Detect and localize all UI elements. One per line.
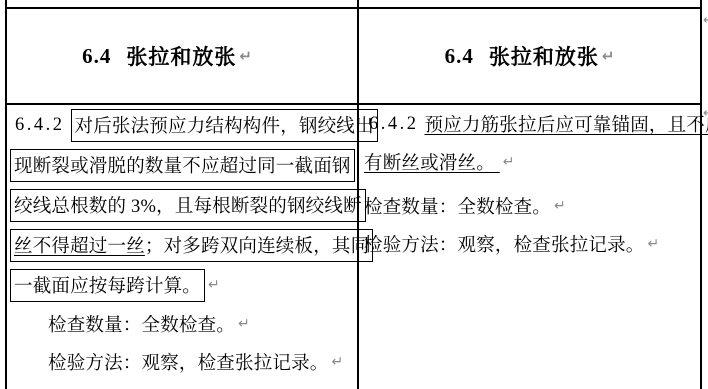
- section-number: 6.4: [82, 44, 111, 69]
- text-line: 检验方法：观察，检查张拉记录。↵: [10, 343, 357, 381]
- comparison-table: 6.4 张拉和放张 ↵ 6.4 张拉和放张 ↵ 6.4.2对后张法预应力结构构件…: [5, 0, 702, 389]
- inspection-notes: 检查数量：全数检查。↵检验方法：观察，检查张拉记录。↵: [10, 305, 357, 381]
- paragraph-mark: ↵: [332, 354, 344, 370]
- text-line: 有断丝或滑丝。 ↵: [364, 143, 708, 181]
- text-line: 丝不得超过一丝；对多跨双向连续板，其同: [10, 225, 357, 265]
- text-line: 检查数量：全数检查。↵: [364, 187, 708, 225]
- clause-right-cell[interactable]: 6.4.2预应力筋张拉后应可靠锚固，且不应有断丝或滑丝。 ↵ 检查数量：全数检查…: [359, 105, 708, 389]
- paragraph-mark: ↵: [648, 236, 660, 252]
- paragraph-mark: ↵: [238, 316, 250, 332]
- previous-row-left-cell: [7, 0, 359, 7]
- clause-number: 6.4.2: [369, 114, 419, 135]
- previous-row-remnant: [7, 0, 700, 9]
- text-segment: 绞线总根数的 3%，且每根断裂的钢绞线断: [14, 197, 362, 217]
- paragraph-mark: ↵: [503, 154, 515, 170]
- section-title: 张拉和放张: [489, 41, 599, 71]
- underlined-text: 丝不得超过一丝: [14, 237, 145, 257]
- clause-number: 6.4.2: [15, 115, 65, 136]
- paragraph-mark: ↵: [208, 277, 220, 293]
- previous-row-right-cell: [359, 0, 700, 7]
- paragraph-mark: ↵: [239, 47, 252, 65]
- paragraph-mark: ↵: [554, 198, 566, 214]
- text-line: 6.4.2对后张法预应力结构构件，钢绞线出: [10, 105, 357, 145]
- clause-paragraph: 6.4.2预应力筋张拉后应可靠锚固，且不应有断丝或滑丝。 ↵: [364, 105, 708, 181]
- text-line: 绞线总根数的 3%，且每根断裂的钢绞线断: [10, 185, 357, 225]
- boxed-revision-text: 对后张法预应力结构构件，钢绞线出: [71, 109, 378, 142]
- underlined-text: 预应力筋张拉后应可靠锚固，且不应: [425, 111, 708, 137]
- text-line: 检验方法：观察，检查张拉记录。↵: [364, 225, 708, 263]
- paragraph-mark: ↵: [602, 47, 615, 65]
- inspection-notes: 检查数量：全数检查。↵检验方法：观察，检查张拉记录。↵: [364, 187, 708, 263]
- boxed-revision-text: 现断裂或滑脱的数量不应超过同一截面钢: [10, 149, 355, 182]
- section-number: 6.4: [445, 44, 474, 69]
- text-segment: 检验方法：观察，检查张拉记录。: [364, 231, 645, 257]
- boxed-revision-text: 绞线总根数的 3%，且每根断裂的钢绞线断: [10, 189, 366, 222]
- clause-body-row: 6.4.2对后张法预应力结构构件，钢绞线出现断裂或滑脱的数量不应超过同一截面钢绞…: [7, 105, 700, 389]
- section-title: 张拉和放张: [126, 41, 236, 71]
- boxed-revision-text: 丝不得超过一丝；对多跨双向连续板，其同: [10, 229, 373, 262]
- clause-paragraph: 6.4.2对后张法预应力结构构件，钢绞线出现断裂或滑脱的数量不应超过同一截面钢绞…: [10, 105, 357, 305]
- text-line: 6.4.2预应力筋张拉后应可靠锚固，且不应: [364, 105, 708, 143]
- text-line: 检查数量：全数检查。↵: [10, 305, 357, 343]
- document-page: 6.4 张拉和放张 ↵ 6.4 张拉和放张 ↵ 6.4.2对后张法预应力结构构件…: [0, 0, 708, 389]
- text-segment: 检查数量：全数检查。: [364, 193, 551, 219]
- text-line: 现断裂或滑脱的数量不应超过同一截面钢: [10, 145, 357, 185]
- text-segment: 现断裂或滑脱的数量不应超过同一截面钢: [14, 157, 351, 177]
- text-line: 一截面应按每跨计算。↵: [10, 265, 357, 305]
- underlined-text: 有断丝或滑丝。: [364, 149, 500, 175]
- row-end-mark: ↵: [703, 13, 708, 28]
- section-header-left-cell[interactable]: 6.4 张拉和放张 ↵: [7, 9, 359, 103]
- clause-left-cell[interactable]: 6.4.2对后张法预应力结构构件，钢绞线出现断裂或滑脱的数量不应超过同一截面钢绞…: [7, 105, 359, 389]
- row-end-mark: ↵: [703, 106, 708, 121]
- text-segment: 检查数量：全数检查。: [48, 311, 235, 337]
- text-segment: 检验方法：观察，检查张拉记录。: [48, 349, 329, 375]
- section-header-right-cell[interactable]: 6.4 张拉和放张 ↵: [359, 9, 700, 103]
- section-header-row: 6.4 张拉和放张 ↵ 6.4 张拉和放张 ↵: [7, 9, 700, 105]
- boxed-revision-text: 一截面应按每跨计算。: [10, 269, 205, 302]
- text-segment: 一截面应按每跨计算。: [14, 277, 201, 297]
- text-segment: ；对多跨双向连续板，其同: [145, 237, 369, 257]
- text-segment: 对后张法预应力结构构件，钢绞线出: [75, 117, 374, 137]
